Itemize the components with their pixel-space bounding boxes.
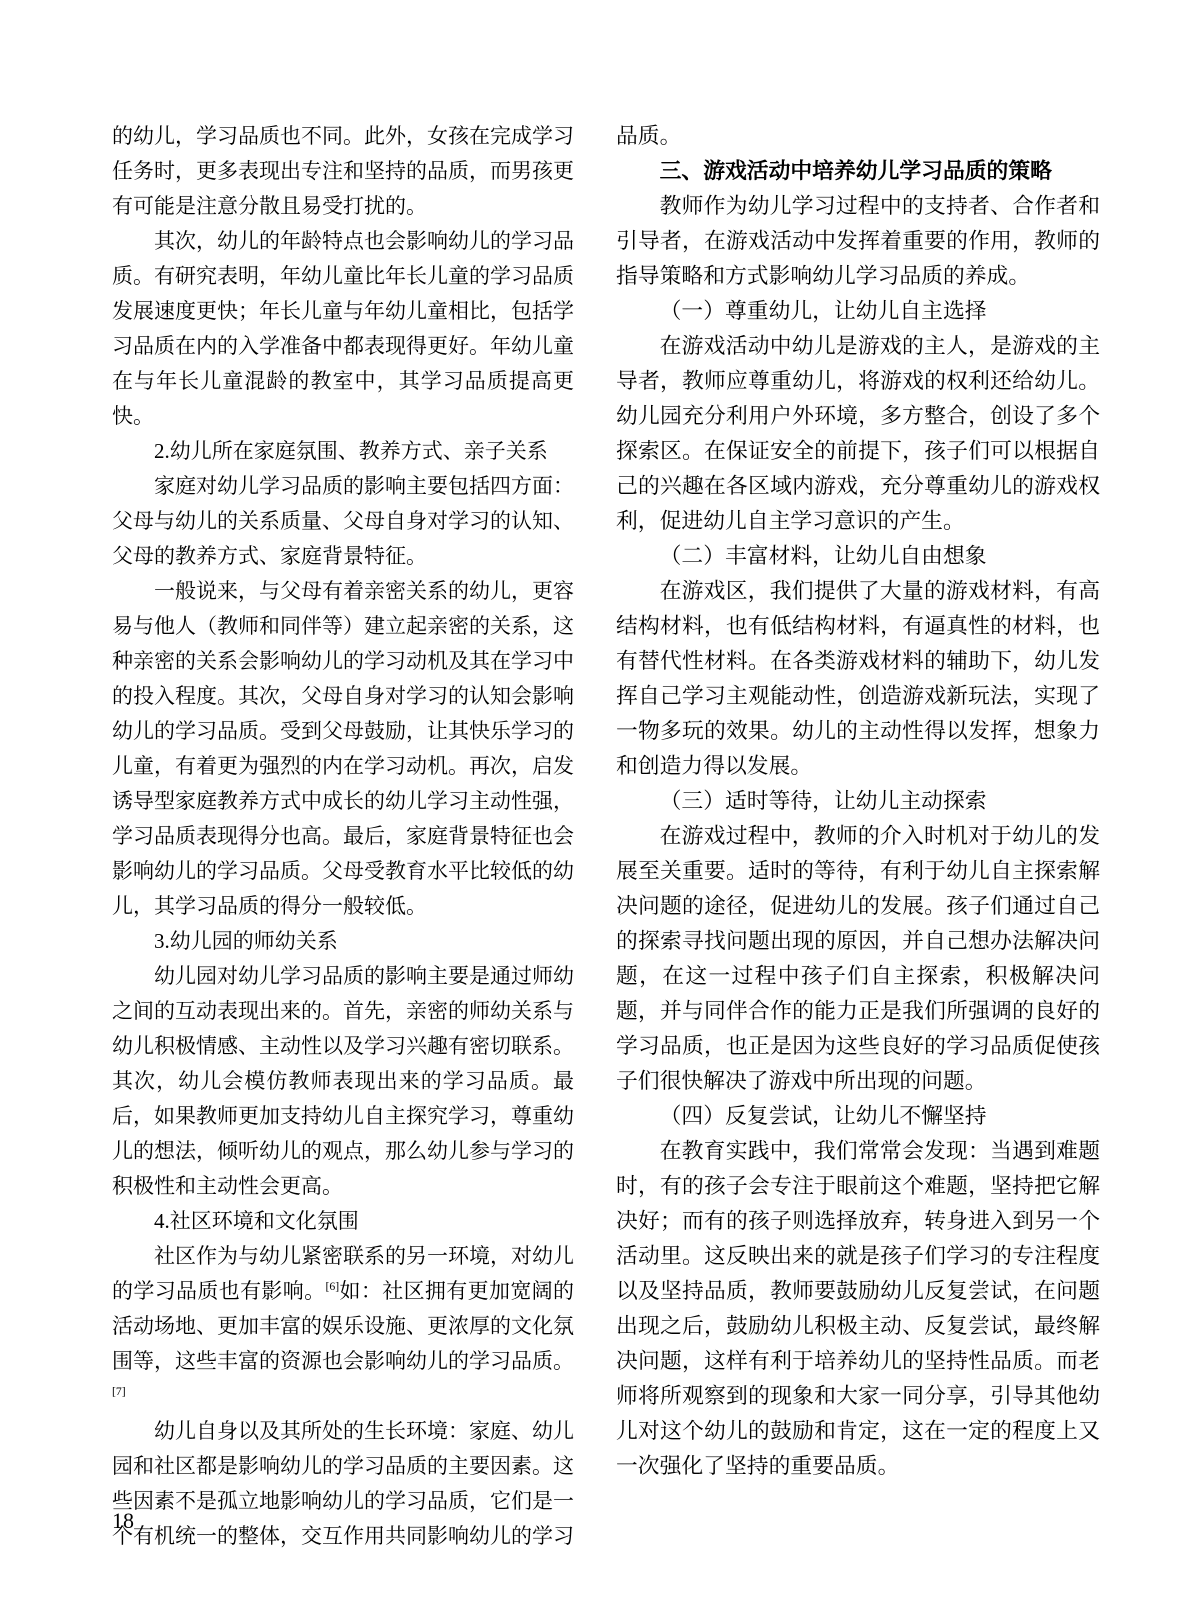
section-heading: （四）反复尝试，让幼儿不懈坚持 xyxy=(616,1099,1100,1134)
page-number: 18 xyxy=(112,1506,134,1536)
paragraph: 社区作为与幼儿紧密联系的另一环境，对幼儿的学习品质也有影响。[6]如：社区拥有更… xyxy=(112,1239,574,1414)
paragraph: 其次，幼儿的年龄特点也会影响幼儿的学习品质。有研究表明，年幼儿童比年长儿童的学习… xyxy=(112,224,574,434)
section-heading: （二）丰富材料，让幼儿自由想象 xyxy=(616,539,1100,574)
document-page: 的幼儿，学习品质也不同。此外，女孩在完成学习任务时，更多表现出专注和坚持的品质，… xyxy=(0,0,1191,1616)
section-heading: （一）尊重幼儿，让幼儿自主选择 xyxy=(616,294,1100,329)
paragraph: 品质。 xyxy=(616,119,1100,154)
paragraph: 在游戏活动中幼儿是游戏的主人，是游戏的主导者，教师应尊重幼儿，将游戏的权利还给幼… xyxy=(616,329,1100,539)
paragraph: 家庭对幼儿学习品质的影响主要包括四方面：父母与幼儿的关系质量、父母自身对学习的认… xyxy=(112,469,574,574)
paragraph: 幼儿园对幼儿学习品质的影响主要是通过师幼之间的互动表现出来的。首先，亲密的师幼关… xyxy=(112,959,574,1204)
right-column: 品质。三、游戏活动中培养幼儿学习品质的策略教师作为幼儿学习过程中的支持者、合作者… xyxy=(616,119,1100,1484)
paragraph: 在游戏区，我们提供了大量的游戏材料，有高结构材料，也有低结构材料，有逼真性的材料… xyxy=(616,574,1100,784)
section-heading: 三、游戏活动中培养幼儿学习品质的策略 xyxy=(616,154,1100,189)
footnote-ref: [6] xyxy=(325,1280,339,1293)
section-heading: （三）适时等待，让幼儿主动探索 xyxy=(616,784,1100,819)
paragraph: 在教育实践中，我们常常会发现：当遇到难题时，有的孩子会专注于眼前这个难题，坚持把… xyxy=(616,1134,1100,1484)
paragraph: 教师作为幼儿学习过程中的支持者、合作者和引导者，在游戏活动中发挥着重要的作用，教… xyxy=(616,189,1100,294)
paragraph: 幼儿自身以及其所处的生长环境：家庭、幼儿园和社区都是影响幼儿的学习品质的主要因素… xyxy=(112,1414,574,1554)
section-heading: 2.幼儿所在家庭氛围、教养方式、亲子关系 xyxy=(112,434,574,469)
section-heading: 3.幼儿园的师幼关系 xyxy=(112,924,574,959)
paragraph: 一般说来，与父母有着亲密关系的幼儿，更容易与他人（教师和同伴等）建立起亲密的关系… xyxy=(112,574,574,924)
footnote-ref: [7] xyxy=(112,1385,126,1398)
paragraph: 的幼儿，学习品质也不同。此外，女孩在完成学习任务时，更多表现出专注和坚持的品质，… xyxy=(112,119,574,224)
paragraph: 在游戏过程中，教师的介入时机对于幼儿的发展至关重要。适时的等待，有利于幼儿自主探… xyxy=(616,819,1100,1099)
section-heading: 4.社区环境和文化氛围 xyxy=(112,1204,574,1239)
left-column: 的幼儿，学习品质也不同。此外，女孩在完成学习任务时，更多表现出专注和坚持的品质，… xyxy=(112,119,574,1554)
